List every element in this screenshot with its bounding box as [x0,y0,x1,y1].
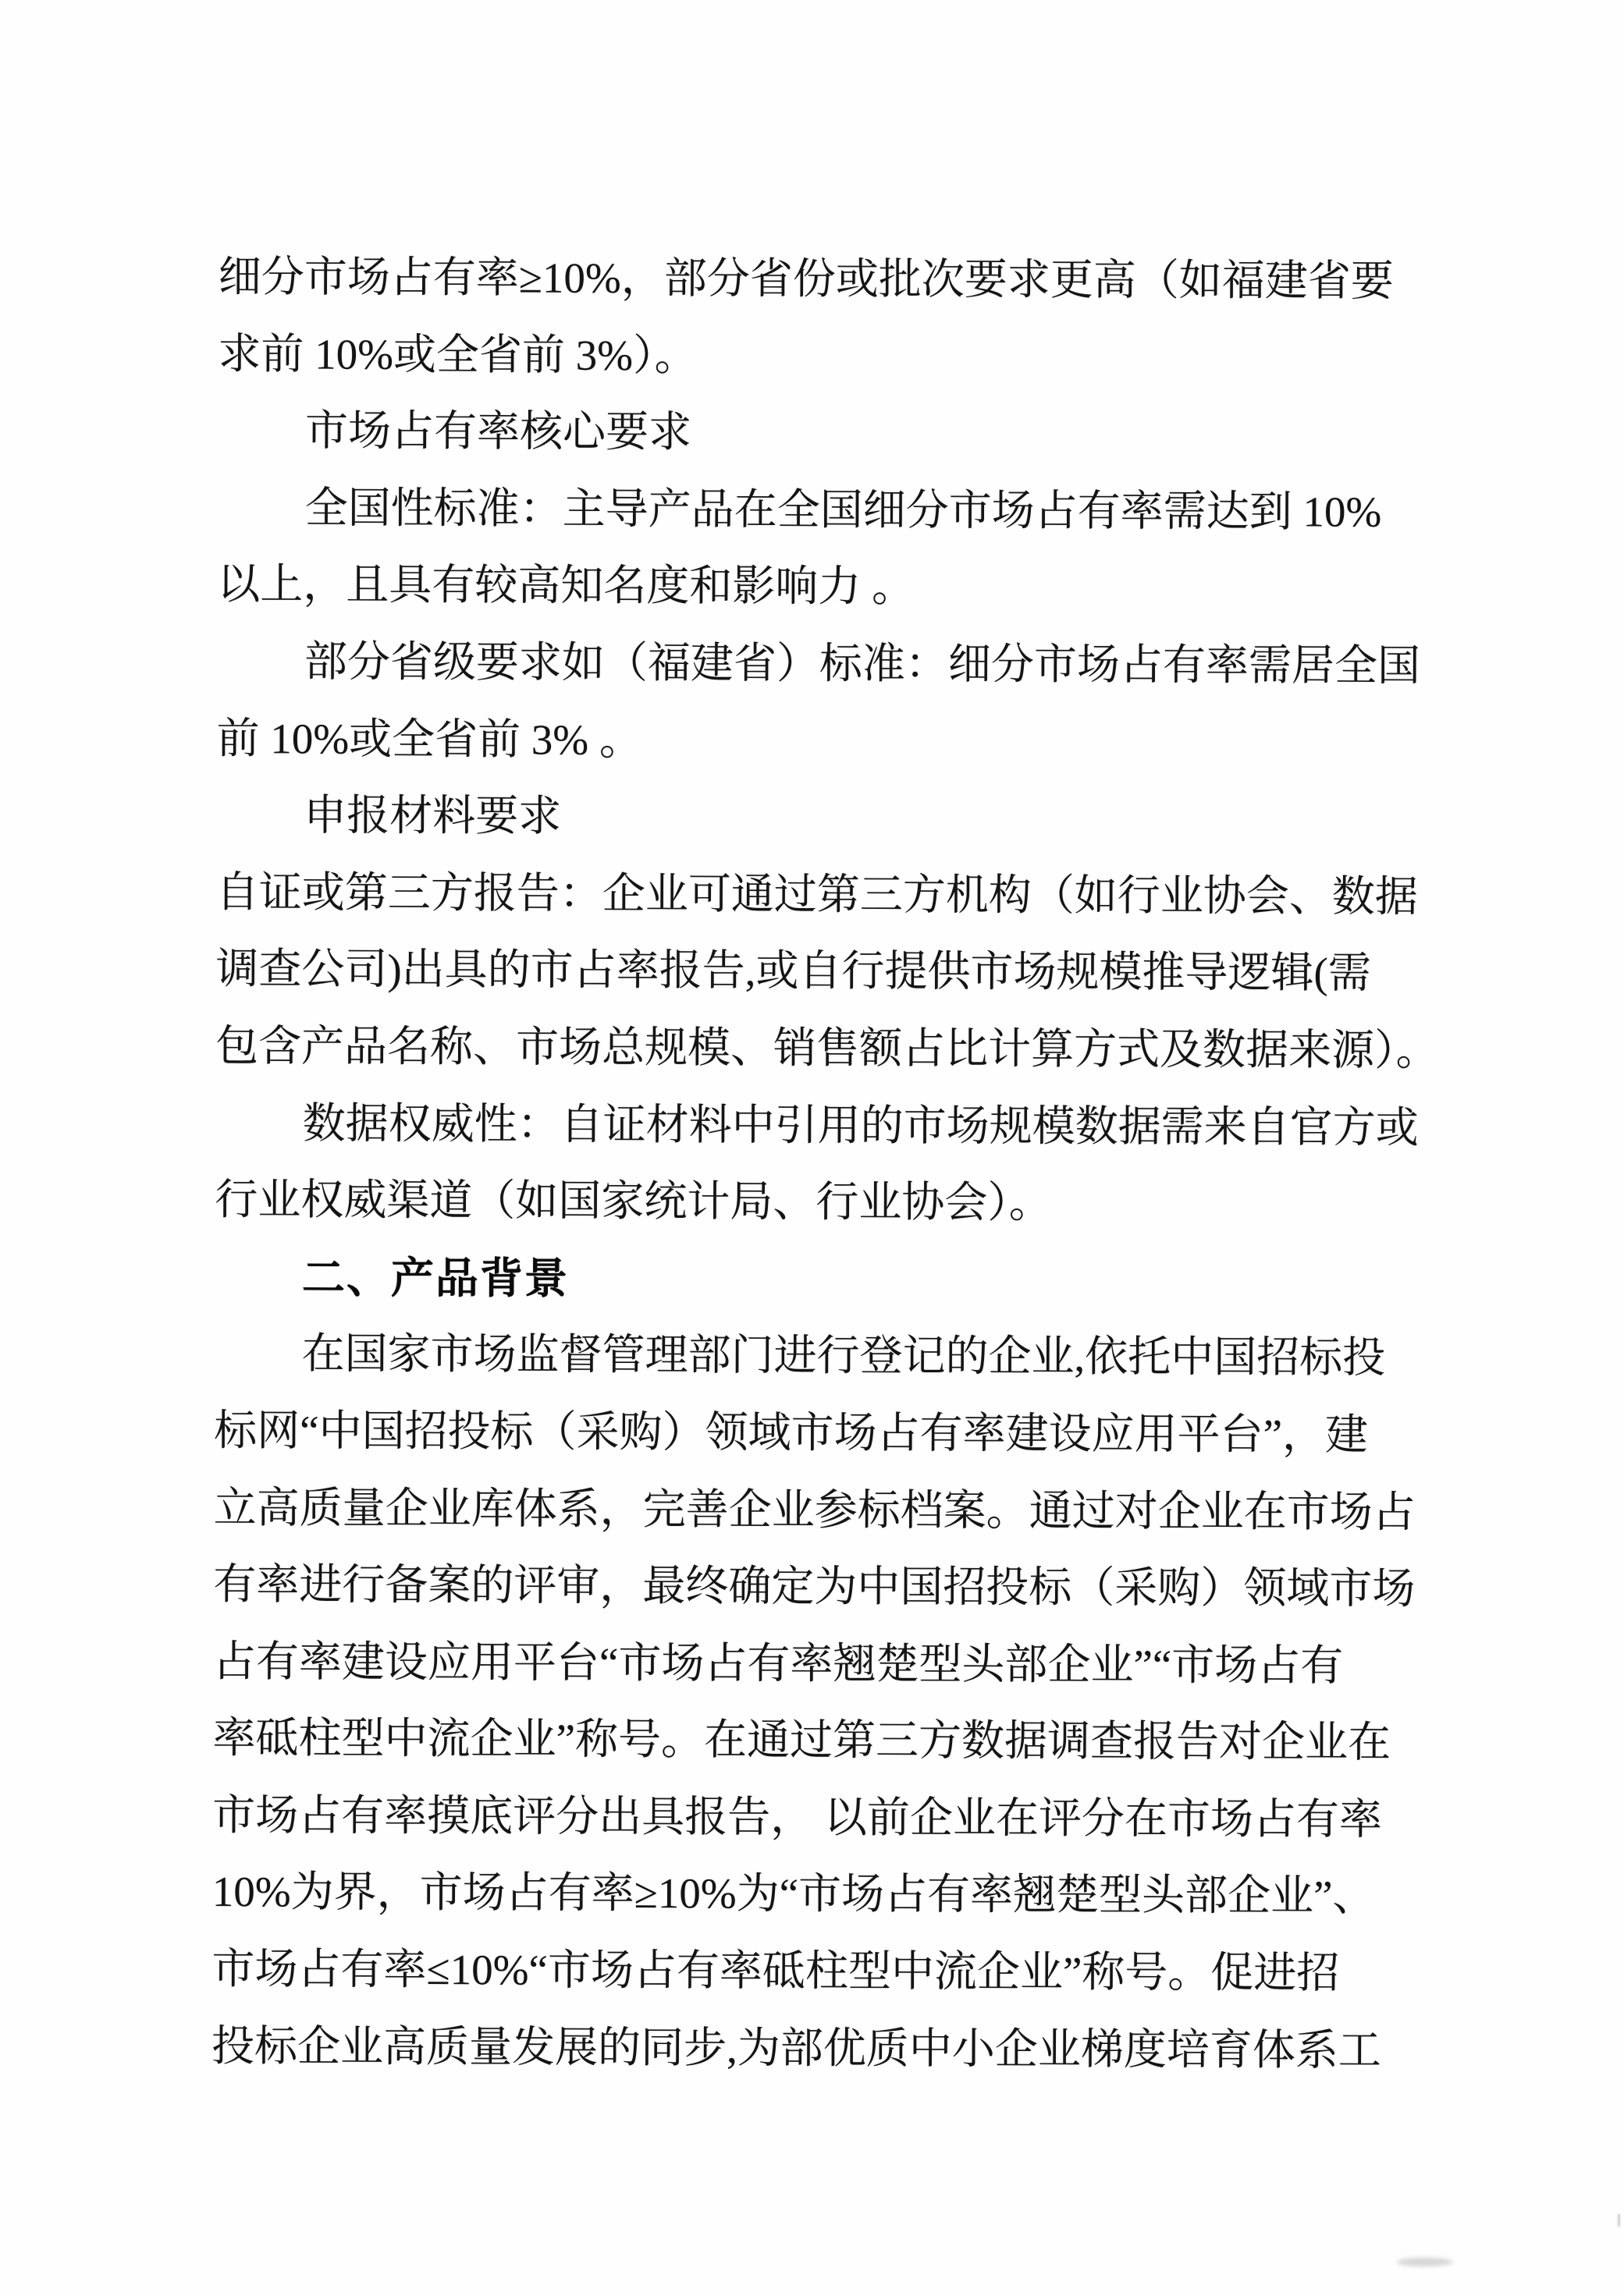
text-line: 市场占有率摸底评分出具报告， 以前企业在评分在市场占有率 [212,1777,1492,1859]
text-line: 市场占有率≤10%“市场占有率砥柱型中流企业”称号。促进招 [211,1931,1491,2013]
text-line: 有率进行备案的评审，最终确定为中国招投标（采购）领域市场 [213,1546,1493,1628]
text-line: 数据权威性：自证材料中引用的市场规模数据需来自官方或 [215,1085,1494,1167]
text-line: 全国性标准：主导产品在全国细分市场占有率需达到 10% [217,470,1497,552]
text-line: 自证或第三方报告：企业可通过第三方机构（如行业协会、数据 [216,854,1496,936]
scan-edge-mark-artifact [1618,2214,1620,2227]
scanned-document-screenshot: { "page": { "background": "#fefefe", "te… [0,0,1624,2296]
text-line: 申报材料要求 [216,777,1496,859]
text-line: 标网“中国招投标（采购）领域市场占有率建设应用平台”，建 [214,1393,1494,1474]
text-line: 占有率建设应用平台“市场占有率翘楚型头部企业”“市场占有 [213,1624,1493,1705]
text-line: 前 10%或全省前 3% 。 [216,701,1496,782]
scan-smudge-artifact [1397,2258,1453,2266]
document-page: 细分市场占有率≥10%，部分省份或批次要求更高（如福建省要 求前 10%或全省前… [0,0,1624,2296]
section-heading: 二、产品背景 [215,1239,1494,1321]
text-line: 10%为界，市场占有率≥10%为“市场占有率翘楚型头部企业”、 [212,1854,1492,1936]
document-text-block: 细分市场占有率≥10%，部分省份或批次要求更高（如福建省要 求前 10%或全省前… [211,239,1498,2090]
text-line: 在国家市场监督管理部门进行登记的企业,依托中国招标投 [214,1315,1494,1397]
text-line: 包含产品名称、市场总规模、销售额占比计算方式及数据来源）。 [215,1008,1495,1090]
text-line: 行业权威渠道（如国家统计局、行业协会）。 [215,1162,1494,1244]
text-line: 调查公司)出具的市占率报告,或自行提供市场规模推导逻辑(需 [215,931,1495,1013]
text-line: 细分市场占有率≥10%，部分省份或批次要求更高（如福建省要 [219,239,1498,321]
text-line: 立高质量企业库体系，完善企业参标档案。通过对企业在市场占 [214,1469,1494,1551]
text-line: 市场占有率核心要求 [218,392,1498,474]
text-line: 部分省级要求如（福建省）标准：细分市场占有率需居全国 [217,623,1497,705]
text-line: 率砥柱型中流企业”称号。在通过第三方数据调查报告对企业在 [212,1700,1492,1782]
text-line: 以上，且具有较高知名度和影响力 。 [217,546,1497,628]
text-line: 投标企业高质量发展的同步,为部优质中小企业梯度培育体系工 [211,2008,1491,2090]
text-line: 求前 10%或全省前 3%）。 [218,316,1498,398]
